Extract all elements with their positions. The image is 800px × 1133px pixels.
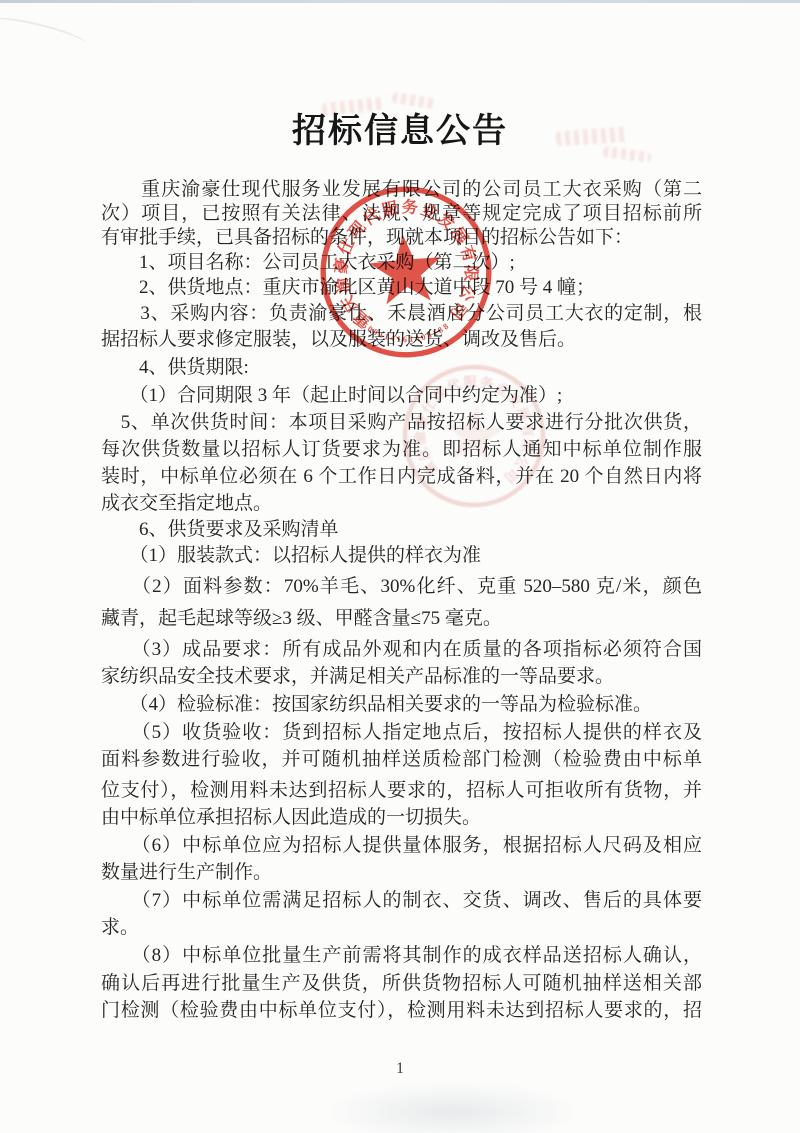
- scan-corner-streak-artifact: [0, 13, 88, 52]
- text-line: 家纺织品安全技术要求，并满足相关产品标准的一等品要求。: [101, 663, 702, 690]
- text-line: （5）收货验收：货到招标人指定地点后，按招标人提供的样衣及: [101, 719, 702, 746]
- red-ink-bleed-artifact: [391, 92, 434, 109]
- text-line: （3）成品要求：所有成品外观和内在质量的各项指标必须符合国: [101, 636, 702, 663]
- text-line: 数量进行生产制作。: [101, 859, 702, 886]
- text-line: 由中标单位承担招标人因此造成的一切损失。: [101, 804, 702, 831]
- text-line: （7）中标单位需满足招标人的制衣、交货、调改、售后的具体要: [101, 887, 702, 914]
- scan-bottom-smudge-artifact: [325, 1083, 580, 1133]
- official-seal: 重庆渝豪仕现代服务业发展有限公司 500114161408188: [308, 174, 503, 369]
- seal-star: [367, 231, 445, 305]
- scanned-document-page: 招标信息公告 重庆渝豪仕现代服务业发展有限公司的公司员工大衣采购（第二次）项目，…: [0, 0, 800, 1133]
- page-number: 1: [0, 1058, 800, 1080]
- text-line: 藏青，起毛起球等级≥3 级、甲醛含量≤75 毫克。: [101, 605, 702, 632]
- text-line: （1）服装款式：以招标人提供的样衣为准: [101, 542, 702, 569]
- text-line: 确认后再进行批量生产及供货，所供货物招标人可随机抽样送相关部: [101, 970, 702, 997]
- text-line: 面料参数进行验收，并可随机抽样送质检部门检测（检验费由中标单: [101, 746, 702, 773]
- text-line: 6、供货要求及采购清单: [101, 516, 702, 543]
- scan-top-edge-artifact: [0, 0, 800, 3]
- faint-seal-star: [442, 402, 507, 464]
- text-line: 求。: [101, 914, 702, 941]
- text-line: 位支付），检测用料未达到招标人要求的，招标人可拒收所有货物，并: [101, 777, 702, 804]
- document-title: 招标信息公告: [0, 108, 800, 156]
- faint-seal: 重庆渝豪仕现代服务业发展有限公司: [393, 355, 556, 518]
- text-line: 门检测（检验费由中标单位支付），检测用料未达到招标人要求的，招: [101, 997, 702, 1024]
- text-line: （4）检验标准：按国家纺织品相关要求的一等品为检验标准。: [101, 691, 702, 718]
- text-line: （8）中标单位批量生产前需将其制作的成衣样品送招标人确认，: [101, 942, 702, 969]
- text-line: （2）面料参数：70%羊毛、30%化纤、克重 520–580 克/米，颜色: [101, 573, 702, 600]
- text-line: （6）中标单位应为招标人提供量体服务，根据招标人尺码及相应: [101, 832, 702, 859]
